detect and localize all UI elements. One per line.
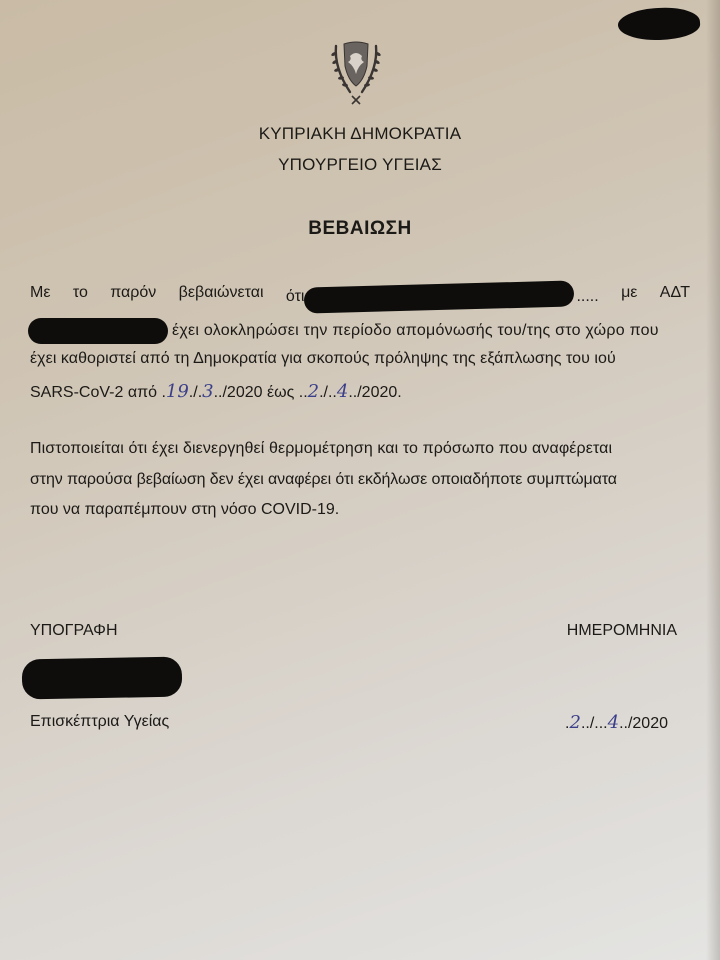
paragraph1-line1: Με το παρόν βεβαιώνεται ότι..... με ΑΔΤ (30, 284, 690, 310)
signed-day: 2 (569, 712, 580, 733)
paragraph1-line3: έχει καθοριστεί από τη Δημοκρατία για σκ… (30, 350, 690, 368)
line-text: έχει ολοκληρώσει την περίοδο απομόνωσής … (172, 322, 659, 339)
sep: ../2020. (348, 384, 401, 401)
date-label: ΗΜΕΡΟΜΗΝΙΑ (567, 622, 677, 640)
dots: ..... (576, 288, 598, 305)
signature-role: Επισκέπτρια Υγείας (30, 713, 169, 731)
redacted-signature (22, 657, 183, 700)
signature-label: ΥΠΟΓΡΑΦΗ (30, 622, 118, 640)
word: με (621, 284, 637, 310)
header-republic: ΚΥΠΡΙΑΚΗ ΔΗΜΟΚΡΑΤΙΑ (0, 124, 720, 144)
paragraph1-line2: έχει ολοκληρώσει την περίοδο απομόνωσής … (30, 318, 690, 344)
signed-month: 4 (608, 712, 619, 733)
page-edge-shadow (706, 0, 720, 960)
line-prefix: SARS-CoV-2 από . (30, 384, 166, 401)
sep: ./.. (319, 384, 337, 401)
from-month: 3 (202, 381, 213, 402)
paragraph1-line4: SARS-CoV-2 από .19./.3../2020 έως ..2./.… (30, 381, 690, 402)
header-ministry: ΥΠΟΥΡΓΕΙΟ ΥΓΕΙΑΣ (0, 155, 720, 175)
word: βεβαιώνεται (179, 284, 264, 310)
paragraph2-line3: που να παραπέμπουν στη νόσο COVID-19. (30, 501, 690, 519)
sep: ../... (581, 715, 608, 732)
sep: ../2020 (619, 715, 668, 732)
sep: ./. (189, 384, 202, 401)
document-title: ΒΕΒΑΙΩΣΗ (0, 218, 720, 240)
paragraph2-line2: στην παρούσα βεβαίωση δεν έχει αναφέρει … (30, 471, 690, 489)
word: παρόν (110, 284, 156, 310)
cyprus-coat-of-arms-icon (326, 36, 386, 106)
signed-date: .2../...4../2020 (565, 712, 668, 733)
sep: ../2020 έως .. (214, 384, 308, 401)
from-day: 19 (166, 381, 189, 402)
word: Με (30, 284, 50, 310)
paragraph2-line1: Πιστοποιείται ότι έχει διενεργηθεί θερμο… (30, 440, 690, 458)
to-day: 2 (308, 381, 319, 402)
word: ΑΔΤ (660, 284, 690, 310)
word: το (73, 284, 88, 310)
redacted-id-number (28, 318, 168, 344)
to-month: 4 (337, 381, 348, 402)
name-field: ότι..... (286, 284, 599, 310)
word: ότι (286, 288, 305, 305)
redaction-mark (617, 5, 701, 43)
redacted-name (304, 280, 575, 313)
